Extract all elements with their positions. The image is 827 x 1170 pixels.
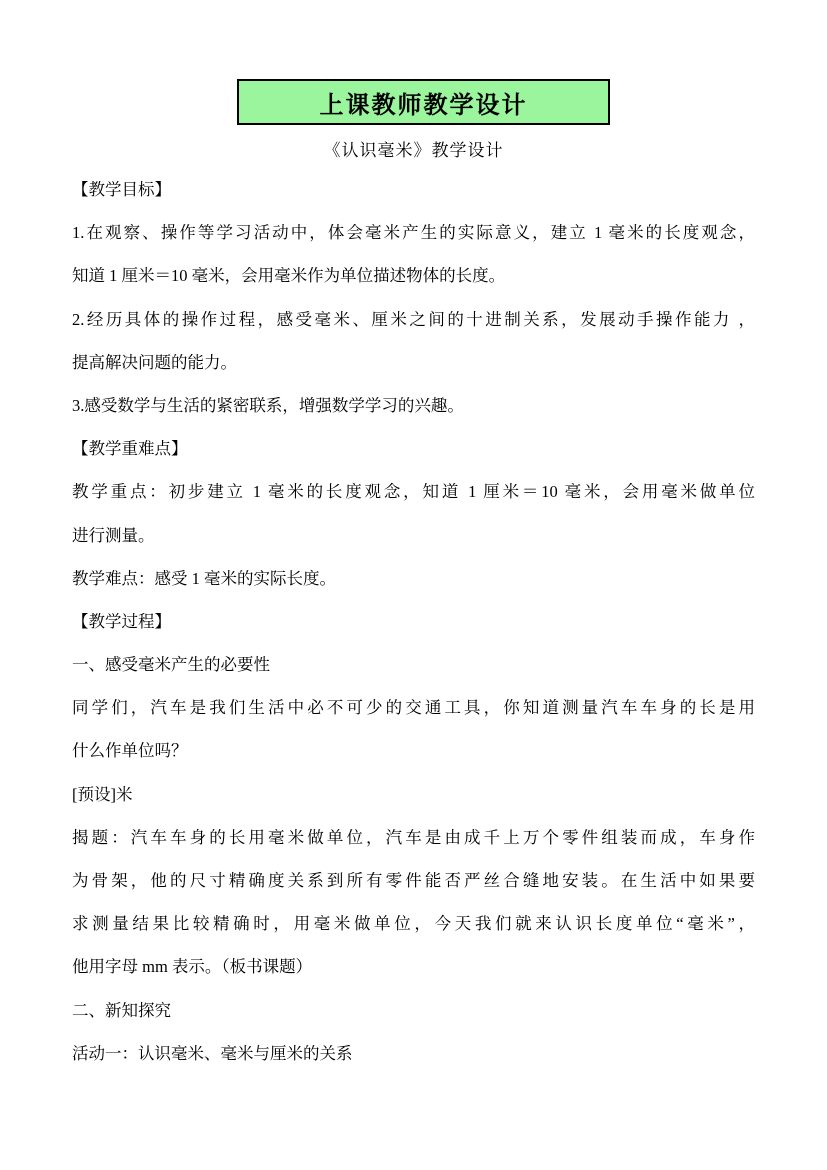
text-line: 一、感受毫米产生的必要性 bbox=[72, 643, 755, 686]
text-line: 进行测量。 bbox=[72, 514, 755, 557]
text-line: 2.经历具体的操作过程，感受毫米、厘米之间的十进制关系，发展动手操作能力 ， bbox=[72, 298, 755, 341]
text-line: 活动一：认识毫米、毫米与厘米的关系 bbox=[72, 1032, 755, 1075]
text-line: 3.感受数学与生活的紧密联系，增强数学学习的兴趣。 bbox=[72, 384, 755, 427]
text-line: 揭题：汽车车身的长用毫米做单位，汽车是由成千上万个零件组装而成，车身作 bbox=[72, 816, 755, 859]
text-line: 【教学目标】 bbox=[72, 168, 755, 211]
title-box: 上课教师教学设计 bbox=[237, 79, 610, 125]
document-subtitle: 《认识毫米》教学设计 bbox=[0, 136, 827, 161]
text-line: 同学们，汽车是我们生活中必不可少的交通工具，你知道测量汽车车身的长是用 bbox=[72, 686, 755, 729]
text-line: 知道 1 厘米＝10 毫米，会用毫米作为单位描述物体的长度。 bbox=[72, 254, 755, 297]
text-line: 1.在观察、操作等学习活动中，体会毫米产生的实际意义，建立 1 毫米的长度观念， bbox=[72, 211, 755, 254]
document-body: 【教学目标】1.在观察、操作等学习活动中，体会毫米产生的实际意义，建立 1 毫米… bbox=[72, 168, 755, 1075]
text-line: [预设]米 bbox=[72, 773, 755, 816]
text-line: 二、新知探究 bbox=[72, 989, 755, 1032]
text-line: 他用字母 mm 表示。（板书课题） bbox=[72, 945, 755, 988]
document-title: 上课教师教学设计 bbox=[320, 85, 528, 120]
text-line: 【教学过程】 bbox=[72, 600, 755, 643]
document-page: 上课教师教学设计 《认识毫米》教学设计 【教学目标】1.在观察、操作等学习活动中… bbox=[0, 0, 827, 1170]
text-line: 提高解决问题的能力。 bbox=[72, 341, 755, 384]
text-line: 【教学重难点】 bbox=[72, 427, 755, 470]
text-line: 求测量结果比较精确时，用毫米做单位，今天我们就来认识长度单位“毫米”， bbox=[72, 902, 755, 945]
text-line: 教学重点：初步建立 1 毫米的长度观念，知道 1 厘米＝10 毫米，会用毫米做单… bbox=[72, 470, 755, 513]
text-line: 什么作单位吗？ bbox=[72, 729, 755, 772]
text-line: 教学难点：感受 1 毫米的实际长度。 bbox=[72, 557, 755, 600]
text-line: 为骨架，他的尺寸精确度关系到所有零件能否严丝合缝地安装。在生活中如果要 bbox=[72, 859, 755, 902]
